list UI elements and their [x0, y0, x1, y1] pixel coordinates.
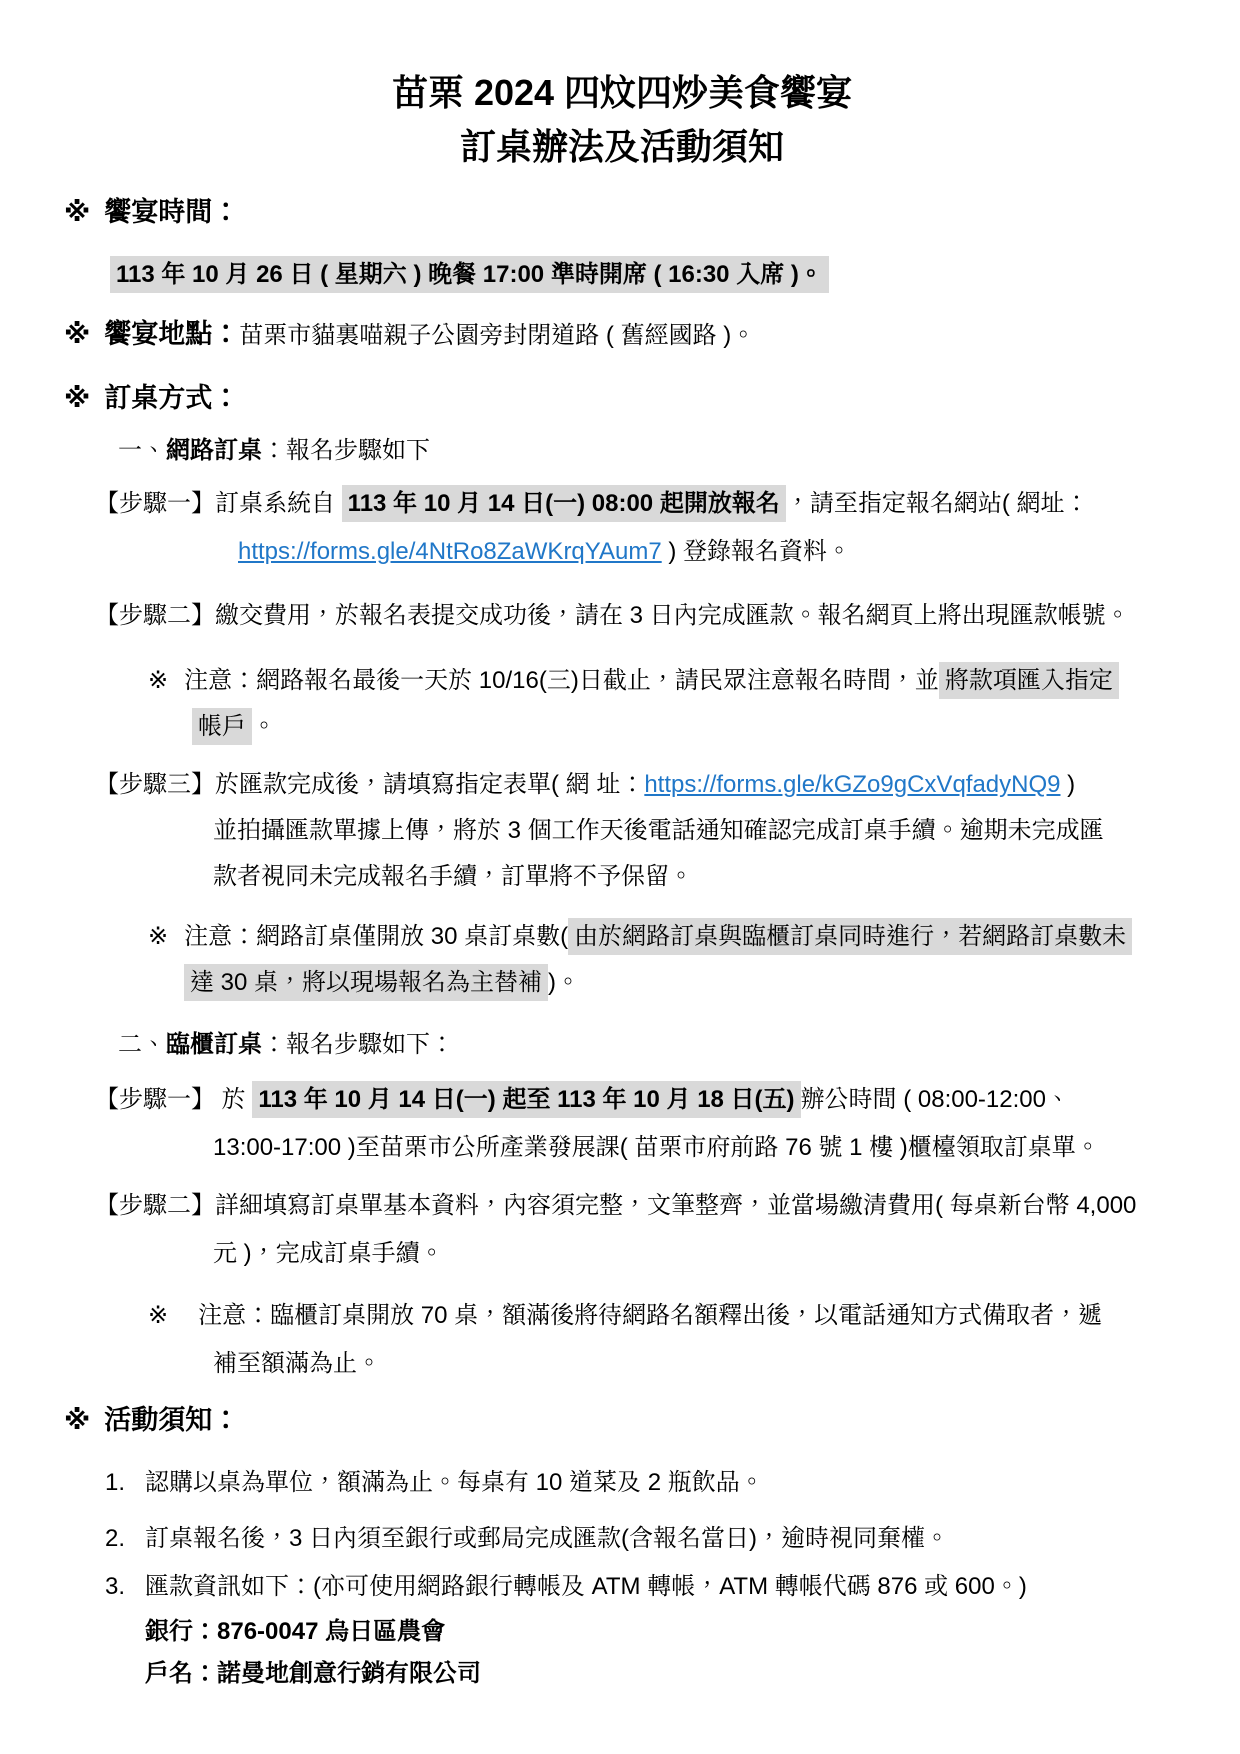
online-step3-line3: 款者視同未完成報名手續，訂單將不予保留。	[213, 854, 1180, 900]
notice-item-3-number: 3.	[105, 1566, 145, 1608]
registration-form-link[interactable]: https://forms.gle/4NtRo8ZaWKrqYAum7	[238, 538, 662, 565]
online-step1-line2: https://forms.gle/4NtRo8ZaWKrqYAum7 ) 登錄…	[238, 528, 1180, 576]
note-marker-icon: ※	[148, 914, 168, 960]
note1-highlight-part2: 帳戶	[192, 708, 252, 745]
counter-booking-heading: 二、臨櫃訂桌：報名步驟如下：	[118, 1024, 1180, 1066]
notice-item-2-text: 訂桌報名後，3 日內須至銀行或郵局完成匯款(含報名當日)，逾時視同棄權。	[145, 1525, 949, 1552]
counter-heading-number: 二、	[118, 1031, 166, 1058]
counter-step2-label: 【步驟二】	[95, 1192, 215, 1219]
note1-highlight-part1: 將款項匯入指定	[939, 662, 1119, 699]
step2-label: 【步驟二】	[95, 602, 215, 629]
document-title-line1: 苗栗 2024 四炆四炒美食饗宴	[64, 66, 1180, 120]
step1-date-highlight: 113 年 10 月 14 日(一) 08:00 起開放報名	[342, 485, 786, 522]
notice-item-3: 3.匯款資訊如下：(亦可使用網路銀行轉帳及 ATM 轉帳，ATM 轉帳代碼 87…	[105, 1566, 1180, 1608]
step3-after-link-text: )	[1061, 771, 1076, 798]
counter-step2-line2: 元 )，完成訂桌手續。	[213, 1230, 1180, 1278]
document-content: 苗栗 2024 四炆四炒美食饗宴 訂桌辦法及活動須知 ※饗宴時間： 113 年 …	[0, 0, 1240, 1694]
notice-item-2: 2.訂桌報名後，3 日內須至銀行或郵局完成匯款(含報名當日)，逾時視同棄權。	[105, 1518, 1180, 1560]
payment-form-link[interactable]: https://forms.gle/kGZo9gCxVqfadyNQ9	[644, 771, 1060, 798]
step3-pre-text: 於匯款完成後，請填寫指定表單( 網 址：	[215, 771, 644, 798]
online-note2-line1: ※注意：網路訂桌僅開放 30 桌訂桌數(由於網路訂桌與臨櫃訂桌同時進行，若網路訂…	[148, 914, 1180, 960]
online-heading-number: 一、	[118, 437, 166, 464]
account-name-line: 戶名：諾曼地創意行銷有限公司	[145, 1654, 1180, 1694]
note2-highlight-part2: 達 30 桌，將以現場報名為主替補	[184, 964, 548, 1001]
banquet-time-value-line: 113 年 10 月 26 日 ( 星期六 ) 晚餐 17:00 準時開席 ( …	[110, 252, 1180, 298]
notice-item-1-number: 1.	[105, 1462, 145, 1504]
online-heading-rest: ：報名步驟如下	[262, 437, 430, 464]
banquet-time-label: 饗宴時間：	[104, 197, 239, 227]
section-banquet-place: ※饗宴地點：苗栗市貓裏喵親子公園旁封閉道路 ( 舊經國路 )。	[64, 312, 1180, 358]
banquet-place-value: 苗栗市貓裏喵親子公園旁封閉道路 ( 舊經國路 )。	[239, 322, 755, 349]
online-step3-line1: 【步驟三】於匯款完成後，請填寫指定表單( 網 址：https://forms.g…	[95, 762, 1180, 808]
bank-info-line: 銀行：876-0047 烏日區農會	[145, 1612, 1180, 1652]
counter-step1-line2: 13:00-17:00 )至苗栗市公所產業發展課( 苗栗市府前路 76 號 1 …	[213, 1124, 1180, 1172]
counter-note-line2: 補至額滿為止。	[213, 1340, 1180, 1388]
counter-step2-text: 詳細填寫訂桌單基本資料，內容須完整，文筆整齊，並當場繳清費用( 每桌新台幣 4,…	[215, 1192, 1136, 1219]
step3-label: 【步驟三】	[95, 771, 215, 798]
note2-post-text: )。	[548, 969, 580, 996]
counter-step1-line1: 【步驟一】 於 113 年 10 月 14 日(一) 起至 113 年 10 月…	[95, 1076, 1180, 1124]
section-marker-icon: ※	[64, 190, 90, 234]
counter-heading-title: 臨櫃訂桌	[166, 1031, 262, 1058]
online-step3-line2: 並拍攝匯款單據上傳，將於 3 個工作天後電話通知確認完成訂桌手續。逾期未完成匯	[213, 808, 1180, 854]
counter-step2-line1: 【步驟二】詳細填寫訂桌單基本資料，內容須完整，文筆整齊，並當場繳清費用( 每桌新…	[95, 1182, 1180, 1230]
banquet-place-label: 饗宴地點：	[104, 319, 239, 349]
event-notice-label: 活動須知：	[104, 1405, 239, 1435]
note1-pre-text: 注意：網路報名最後一天於 10/16(三)日截止，請民眾注意報名時間，並	[184, 667, 939, 694]
counter-step1-label: 【步驟一】	[95, 1086, 215, 1113]
note-marker-icon: ※	[148, 658, 168, 704]
step1-pre-text: 訂桌系統自	[215, 490, 342, 517]
online-booking-heading: 一、網路訂桌：報名步驟如下	[118, 430, 1180, 472]
counter-step1-pre-text: 於	[215, 1086, 252, 1113]
section-marker-icon: ※	[64, 312, 90, 356]
note-marker-icon: ※	[148, 1292, 168, 1340]
section-banquet-time: ※饗宴時間：	[64, 190, 1180, 234]
step2-text: 繳交費用，於報名表提交成功後，請在 3 日內完成匯款。報名網頁上將出現匯款帳號。	[215, 602, 1130, 629]
booking-method-label: 訂桌方式：	[104, 383, 239, 413]
notice-item-1-text: 認購以桌為單位，額滿為止。每桌有 10 道菜及 2 瓶飲品。	[145, 1469, 764, 1496]
section-event-notice: ※活動須知：	[64, 1398, 1180, 1442]
banquet-time-highlight: 113 年 10 月 26 日 ( 星期六 ) 晚餐 17:00 準時開席 ( …	[110, 256, 829, 293]
online-step2-line: 【步驟二】繳交費用，於報名表提交成功後，請在 3 日內完成匯款。報名網頁上將出現…	[95, 592, 1180, 640]
note2-pre-text: 注意：網路訂桌僅開放 30 桌訂桌數(	[184, 923, 568, 950]
notice-item-1: 1.認購以桌為單位，額滿為止。每桌有 10 道菜及 2 瓶飲品。	[105, 1462, 1180, 1504]
step1-label: 【步驟一】	[95, 490, 215, 517]
counter-heading-rest: ：報名步驟如下：	[262, 1031, 454, 1058]
online-note2-line2: 達 30 桌，將以現場報名為主替補)。	[184, 960, 1180, 1006]
note2-highlight-part1: 由於網路訂桌與臨櫃訂桌同時進行，若網路訂桌數未	[568, 918, 1132, 955]
step1-after-link-text: ) 登錄報名資料。	[662, 538, 851, 565]
counter-step1-date-highlight: 113 年 10 月 14 日(一) 起至 113 年 10 月 18 日(五)	[252, 1081, 800, 1118]
online-note1-line1: ※注意：網路報名最後一天於 10/16(三)日截止，請民眾注意報名時間，並將款項…	[148, 658, 1180, 704]
document-page: 苗栗 2024 四炆四炒美食饗宴 訂桌辦法及活動須知 ※饗宴時間： 113 年 …	[0, 0, 1240, 1754]
counter-note-text: 注意：臨櫃訂桌開放 70 桌，額滿後將待網路名額釋出後，以電話通知方式備取者，遞	[198, 1302, 1102, 1329]
counter-step1-post-text: 辦公時間 ( 08:00-12:00、	[801, 1086, 1070, 1113]
document-title-line2: 訂桌辦法及活動須知	[64, 120, 1180, 174]
note1-post-text: 。	[252, 713, 276, 740]
step1-post-text: ，請至指定報名網站( 網址：	[786, 490, 1089, 517]
notice-item-2-number: 2.	[105, 1518, 145, 1560]
section-marker-icon: ※	[64, 376, 90, 420]
counter-note-line1: ※注意：臨櫃訂桌開放 70 桌，額滿後將待網路名額釋出後，以電話通知方式備取者，…	[148, 1292, 1180, 1340]
online-heading-title: 網路訂桌	[166, 437, 262, 464]
online-step1-line1: 【步驟一】訂桌系統自 113 年 10 月 14 日(一) 08:00 起開放報…	[95, 480, 1180, 528]
online-note1-line2: 帳戶。	[192, 704, 1180, 750]
section-marker-icon: ※	[64, 1398, 90, 1442]
section-booking-method: ※訂桌方式：	[64, 376, 1180, 420]
notice-item-3-text: 匯款資訊如下：(亦可使用網路銀行轉帳及 ATM 轉帳，ATM 轉帳代碼 876 …	[145, 1573, 1027, 1600]
